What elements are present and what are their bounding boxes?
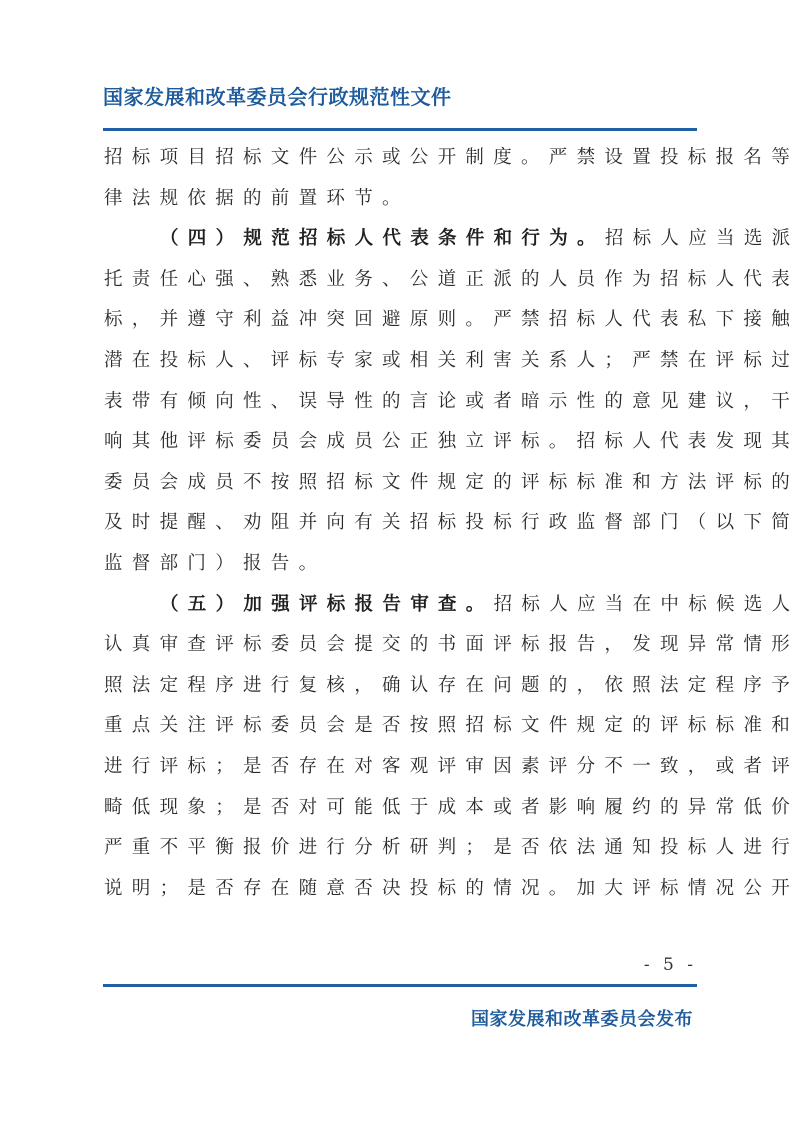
footer-divider: [103, 984, 697, 987]
text-line: 响其他评标委员会成员公正独立评标。招标人代表发现其他评标: [104, 422, 696, 463]
header-divider: [103, 128, 697, 131]
document-page: 国家发展和改革委员会行政规范性文件 招标项目招标文件公示或公开制度。严禁设置投标…: [0, 0, 793, 1122]
text-line: 重点关注评标委员会是否按照招标文件规定的评标标准和方法: [104, 706, 696, 747]
section-five-first-line: （五）加强评标报告审查。招标人应当在中标候选人公示前: [104, 585, 696, 626]
text-fragment: 招标人应当选派或者委: [605, 228, 793, 249]
text-line: 律法规依据的前置环节。: [104, 179, 696, 220]
document-header-title: 国家发展和改革委员会行政规范性文件: [103, 84, 452, 110]
text-line: 严重不平衡报价进行分析研判；是否依法通知投标人进行澄清、: [104, 828, 696, 869]
section-four-first-line: （四）规范招标人代表条件和行为。招标人应当选派或者委: [104, 219, 696, 260]
section-five-heading: （五）加强评标报告审查。: [160, 594, 494, 615]
text-line: 托责任心强、熟悉业务、公道正派的人员作为招标人代表参加评: [104, 260, 696, 301]
text-line: 畸低现象；是否对可能低于成本或者影响履约的异常低价投标和: [104, 788, 696, 829]
text-line: 说明；是否存在随意否决投标的情况。加大评标情况公开力度，: [104, 869, 696, 910]
text-line: 照法定程序进行复核，确认存在问题的，依照法定程序予以纠正。: [104, 666, 696, 707]
document-body: 招标项目招标文件公示或公开制度。严禁设置投标报名等没有法 律法规依据的前置环节。…: [104, 138, 696, 909]
text-line: 及时提醒、劝阻并向有关招标投标行政监督部门（以下简称行政: [104, 503, 696, 544]
text-line: 潜在投标人、评标专家或相关利害关系人；严禁在评标过程中发: [104, 341, 696, 382]
text-line: 标，并遵守利益冲突回避原则。严禁招标人代表私下接触投标人、: [104, 300, 696, 341]
text-line: 监督部门）报告。: [104, 544, 696, 585]
text-line: 认真审查评标委员会提交的书面评标报告，发现异常情形的，依: [104, 625, 696, 666]
footer-publisher: 国家发展和改革委员会发布: [471, 1005, 693, 1031]
text-line: 进行评标；是否存在对客观评审因素评分不一致，或者评分畸高、: [104, 747, 696, 788]
section-four-heading: （四）规范招标人代表条件和行为。: [160, 228, 605, 249]
text-fragment: 招标人应当在中标候选人公示前: [494, 594, 793, 615]
text-line: 表带有倾向性、误导性的言论或者暗示性的意见建议，干扰或影: [104, 382, 696, 423]
page-number: - 5 -: [644, 955, 697, 975]
text-line: 招标项目招标文件公示或公开制度。严禁设置投标报名等没有法: [104, 138, 696, 179]
text-line: 委员会成员不按照招标文件规定的评标标准和方法评标的，应当: [104, 463, 696, 504]
